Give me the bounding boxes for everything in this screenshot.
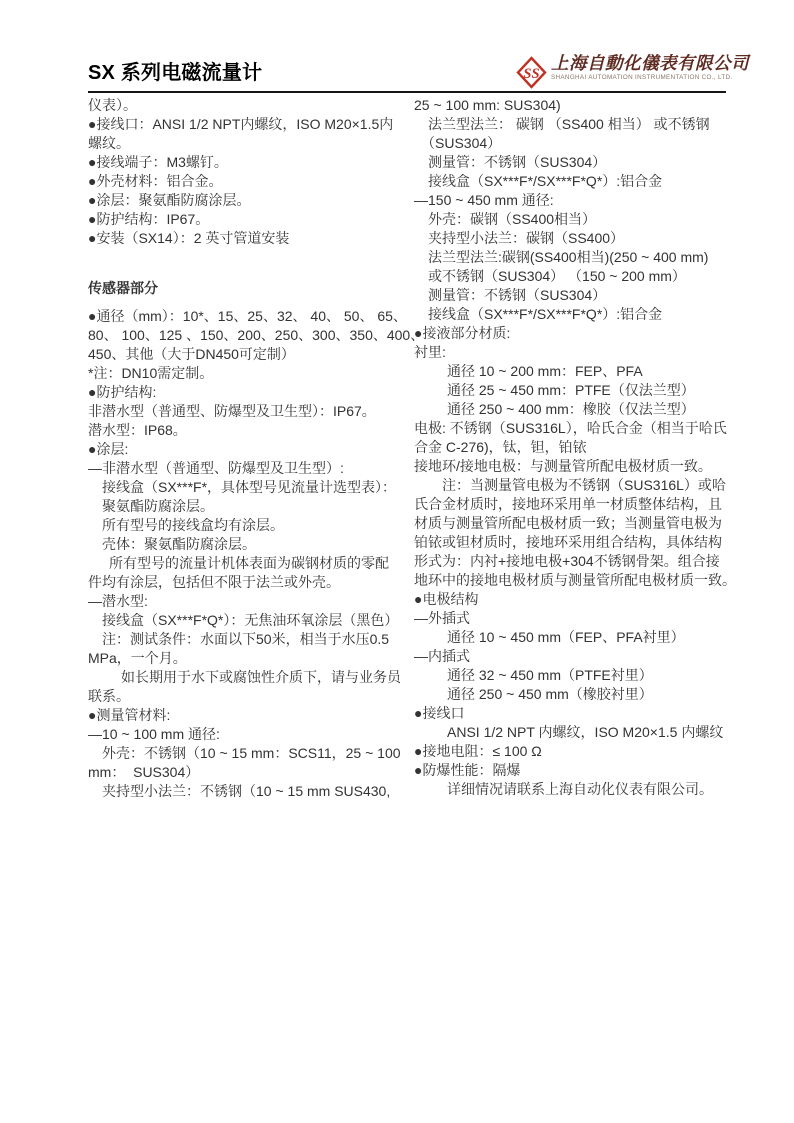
text-line: 接地环/接地电极：与测量管所配电极材质一致。 [414,457,727,476]
text-line: ●接线端子：M3螺钉。 [88,153,401,172]
text-line: 注：测试条件：水面以下50米，相当于水压0.5 [88,630,401,649]
text-line: —潜水型: [88,592,401,611]
text-line: 接线盒（SX***F*，具体型号见流量计选型表）： [88,478,401,497]
text-line: 非潜水型（普通型、防爆型及卫生型）：IP67。 [88,402,401,421]
logo-text: 上海自動化儀表有限公司 SHANGHAI AUTOMATION INSTRUME… [551,52,749,81]
text-line: ●接液部分材质: [414,324,727,343]
text-line: 件均有涂层，包括但不限于法兰或外壳。 [88,573,401,592]
text-line: 外壳：不锈钢（10 ~ 15 mm：SCS11，25 ~ 100 [88,744,401,763]
text-line: ●外壳材料：铝合金。 [88,172,401,191]
text-line: 地环中的接地电极材质与测量管所配电极材质一致。 [414,571,727,590]
text-line: —内插式 [414,647,727,666]
text-line: 所有型号的接线盒均有涂层。 [88,516,401,535]
company-name-cn: 上海自動化儀表有限公司 [551,52,749,74]
company-logo: SS 上海自動化儀表有限公司 SHANGHAI AUTOMATION INSTR… [516,52,749,89]
spec-column-right: 25 ~ 100 mm: SUS304)法兰型法兰： 碳钢 （SS400 相当）… [414,96,727,799]
text-line: 法兰型法兰： 碳钢 （SS400 相当） 或不锈钢 [414,115,727,134]
text-line: 铂铱或钽材质时，接地环采用组合结构，具体结构 [414,533,727,552]
text-line: 或不锈钢（SUS304） （150 ~ 200 mm） [414,267,727,286]
text-line: 通径 10 ~ 200 mm：FEP、PFA [414,362,727,381]
text-line: 壳体：聚氨酯防腐涂层。 [88,535,401,554]
text-line: 衬里: [414,343,727,362]
text-line: 通径 250 ~ 400 mm：橡胶（仅法兰型） [414,400,727,419]
page-title: SX 系列电磁流量计 [88,56,262,85]
text-line: ●防护结构: [88,383,401,402]
text-line: 仪表）。 [88,96,401,115]
text-line: 夹持型小法兰：不锈钢（10 ~ 15 mm SUS430, [88,782,401,801]
logo-diamond-icon: SS [516,56,547,89]
text-line: ●涂层：聚氨酯防腐涂层。 [88,191,401,210]
text-line: ANSI 1/2 NPT 内螺纹，ISO M20×1.5 内螺纹 [414,723,727,742]
text-line: 氏合金材质时，接地环采用单一材质整体结构，且 [414,495,727,514]
text-line: ●防护结构：IP67。 [88,210,401,229]
text-line: —外插式 [414,609,727,628]
text-line: 材质与测量管所配电极材质一致；当测量管电极为 [414,514,727,533]
text-line: 合金 C-276)，钛，钽，铂铱 [414,438,727,457]
text-line: —非潜水型（普通型、防爆型及卫生型）: [88,459,401,478]
text-line: 接线盒（SX***F*/SX***F*Q*）:铝合金 [414,172,727,191]
text-line: 电极: 不锈钢（SUS316L），哈氏合金（相当于哈氏 [414,419,727,438]
text-line: 潜水型：IP68。 [88,421,401,440]
text-line: ●安装（SX14）：2 英寸管道安装 [88,229,401,248]
text-line: ●涂层: [88,440,401,459]
text-line: —150 ~ 450 mm 通径: [414,191,727,210]
section-heading: 传感器部分 [88,279,401,298]
company-name-en: SHANGHAI AUTOMATION INSTRUMENTATION CO.,… [551,74,749,81]
text-line: 通径 32 ~ 450 mm（PTFE衬里） [414,666,727,685]
text-line: ●电极结构 [414,590,727,609]
text-line: 外壳：碳钢（SS400相当） [414,210,727,229]
text-line: ●测量管材料: [88,706,401,725]
text-line: —10 ~ 100 mm 通径: [88,725,401,744]
text-line: 详细情况请联系上海自动化仪表有限公司。 [414,780,727,799]
text-line: *注：DN10需定制。 [88,364,401,383]
header-divider [88,91,726,93]
text-line: ●通径（mm）：10*、15、25、32、 40、 50、 65、 [88,307,401,326]
document-page: SX 系列电磁流量计 SS 上海自動化儀表有限公司 SHANGHAI AUTOM… [0,0,794,1123]
text-line: 80、 100、125 、150、200、250、300、350、400、 [88,326,401,345]
text-line: 测量管：不锈钢（SUS304） [414,286,727,305]
text-line: 通径 25 ~ 450 mm：PTFE（仅法兰型） [414,381,727,400]
spec-columns: 仪表）。●接线口：ANSI 1/2 NPT内螺纹，ISO M20×1.5内螺纹。… [88,96,728,801]
text-line: 所有型号的流量计机体表面为碳钢材质的零配 [88,554,401,573]
text-line: （SUS304） [414,134,727,153]
text-line: 25 ~ 100 mm: SUS304) [414,96,727,115]
spec-column-left: 仪表）。●接线口：ANSI 1/2 NPT内螺纹，ISO M20×1.5内螺纹。… [88,96,401,801]
text-line: 形式为：内衬+接地电极+304不锈钢骨架。组合接 [414,552,727,571]
spacer [88,298,401,307]
text-line: 法兰型法兰:碳钢(SS400相当)(250 ~ 400 mm) [414,248,727,267]
spacer [88,248,401,279]
text-line: 450、其他（大于DN450可定制） [88,345,401,364]
text-line: 注：当测量管电极为不锈钢（SUS316L）或哈 [414,476,727,495]
svg-text:SS: SS [523,66,539,82]
text-line: ●接线口：ANSI 1/2 NPT内螺纹，ISO M20×1.5内 [88,115,401,134]
text-line: 螺纹。 [88,134,401,153]
text-line: 聚氨酯防腐涂层。 [88,497,401,516]
text-line: 接线盒（SX***F*/SX***F*Q*）:铝合金 [414,305,727,324]
text-line: 夹持型小法兰：碳钢（SS400） [414,229,727,248]
text-line: mm： SUS304） [88,763,401,782]
text-line: 测量管：不锈钢（SUS304） [414,153,727,172]
text-line: 联系。 [88,687,401,706]
text-line: ●接线口 [414,704,727,723]
text-line: MPa，一个月。 [88,649,401,668]
text-line: ●防爆性能：隔爆 [414,761,727,780]
text-line: ●接地电阻：≤ 100 Ω [414,742,727,761]
text-line: 接线盒（SX***F*Q*）：无焦油环氧涂层（黑色） [88,611,401,630]
text-line: 通径 250 ~ 450 mm（橡胶衬里） [414,685,727,704]
text-line: 通径 10 ~ 450 mm（FEP、PFA衬里） [414,628,727,647]
text-line: 如长期用于水下或腐蚀性介质下，请与业务员 [88,668,401,687]
